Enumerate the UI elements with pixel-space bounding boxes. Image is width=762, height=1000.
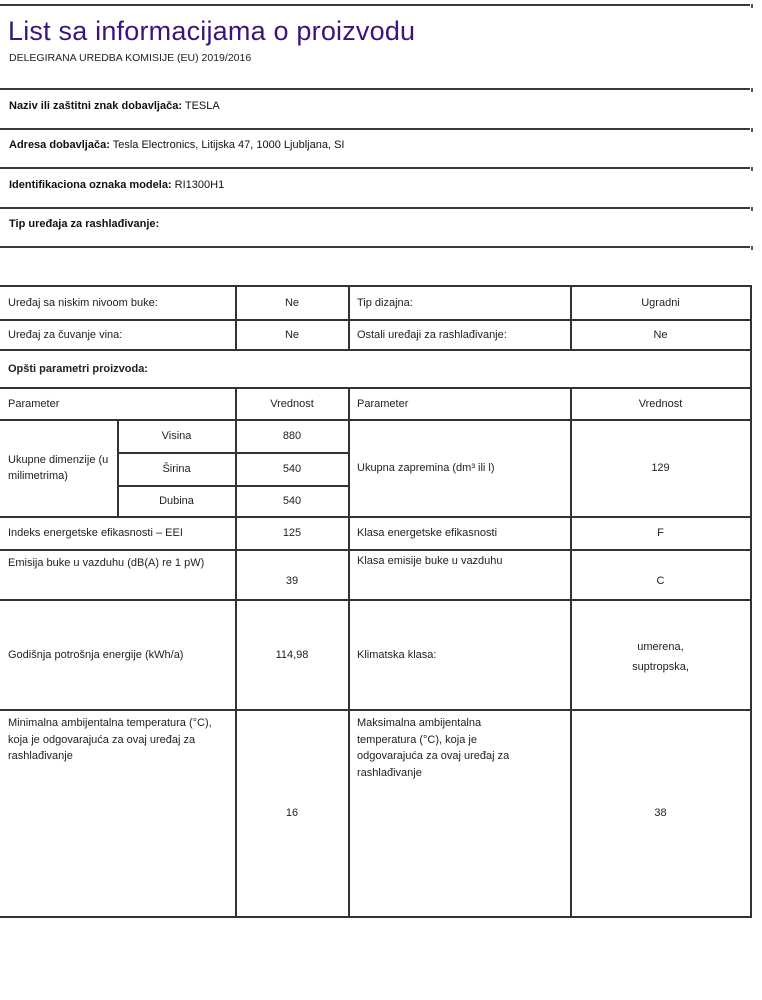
edge-tick (751, 4, 753, 8)
divider (0, 207, 750, 209)
depth-label: Dubina (118, 486, 235, 516)
min-temp-value: 16 (236, 710, 348, 916)
annual-energy-label: Godišnja potrošnja energije (kWh/a) (0, 600, 235, 709)
energy-class-label: Klasa energetske efikasnosti (349, 517, 570, 549)
edge-tick (751, 207, 753, 211)
supplier-name-label: Naziv ili zaštitni znak dobavljača: (9, 100, 182, 112)
general-params-heading: Opšti parametri proizvoda: (0, 350, 750, 387)
height-label: Visina (118, 420, 235, 452)
regulation-subtitle: DELEGIRANA UREDBA KOMISIJE (EU) 2019/201… (9, 52, 251, 64)
divider (0, 88, 750, 90)
appliance-type-label: Tip uređaja za rashlađivanje: (9, 218, 159, 230)
eei-value: 125 (236, 517, 348, 549)
edge-tick (751, 128, 753, 132)
supplier-address-value: Tesla Electronics, Litijska 47, 1000 Lju… (110, 139, 345, 151)
depth-value: 540 (236, 486, 348, 516)
supplier-name-value: TESLA (182, 100, 220, 112)
volume-value: 129 (571, 420, 750, 516)
design-type-value: Ugradni (571, 286, 750, 319)
volume-label: Ukupna zapremina (dm³ ili l) (349, 420, 570, 516)
height-value: 880 (236, 420, 348, 452)
edge-tick (751, 246, 753, 250)
max-temp-label: Maksimalna ambijentalna temperatura (°C)… (349, 710, 570, 916)
noise-class-label: Klasa emisije buke u vazduhu (349, 550, 570, 599)
model-identifier-label: Identifikaciona oznaka modela: (9, 179, 172, 191)
col-header-value: Vrednost (571, 388, 750, 419)
low-noise-label: Uređaj sa niskim nivoom buke: (0, 286, 235, 319)
climate-class-label: Klimatska klasa: (349, 600, 570, 709)
noise-emission-value: 39 (236, 550, 348, 599)
eei-label: Indeks energetske efikasnosti – EEI (0, 517, 235, 549)
other-appliance-label: Ostali uređaji za rashlađivanje: (349, 320, 570, 349)
edge-tick (751, 88, 753, 92)
supplier-address-label: Adresa dobavljača: (9, 139, 110, 151)
supplier-address: Adresa dobavljača: Tesla Electronics, Li… (9, 139, 344, 151)
wine-storage-label: Uređaj za čuvanje vina: (0, 320, 235, 349)
annual-energy-value: 114,98 (236, 600, 348, 709)
wine-storage-value: Ne (236, 320, 348, 349)
other-appliance-value: Ne (571, 320, 750, 349)
dimensions-label: Ukupne dimenzije (u milimetrima) (0, 420, 117, 516)
appliance-type: Tip uređaja za rashlađivanje: (9, 218, 159, 230)
climate-class-value: umerena, suptropska, (571, 600, 750, 709)
max-temp-value: 38 (571, 710, 750, 916)
climate-class-value-1: umerena, (637, 637, 683, 657)
model-identifier: Identifikaciona oznaka modela: RI1300H1 (9, 179, 224, 191)
noise-emission-label: Emisija buke u vazduhu (dB(A) re 1 pW) (0, 550, 235, 599)
min-temp-label: Minimalna ambijentalna temperatura (°C),… (0, 710, 235, 916)
noise-class-value: C (571, 550, 750, 599)
divider (0, 246, 750, 248)
divider (0, 167, 750, 169)
col-header-parameter: Parameter (0, 388, 235, 419)
low-noise-value: Ne (236, 286, 348, 319)
design-type-label: Tip dizajna: (349, 286, 570, 319)
model-identifier-value: RI1300H1 (172, 179, 225, 191)
edge-tick (751, 167, 753, 171)
page-title: List sa informacijama o proizvodu (8, 16, 415, 47)
col-header-parameter: Parameter (349, 388, 570, 419)
width-label: Širina (118, 453, 235, 485)
energy-class-value: F (571, 517, 750, 549)
width-value: 540 (236, 453, 348, 485)
divider (0, 128, 750, 130)
climate-class-value-2: suptropska, (632, 657, 689, 677)
divider (0, 4, 750, 6)
col-header-value: Vrednost (236, 388, 348, 419)
supplier-name: Naziv ili zaštitni znak dobavljača: TESL… (9, 100, 220, 112)
